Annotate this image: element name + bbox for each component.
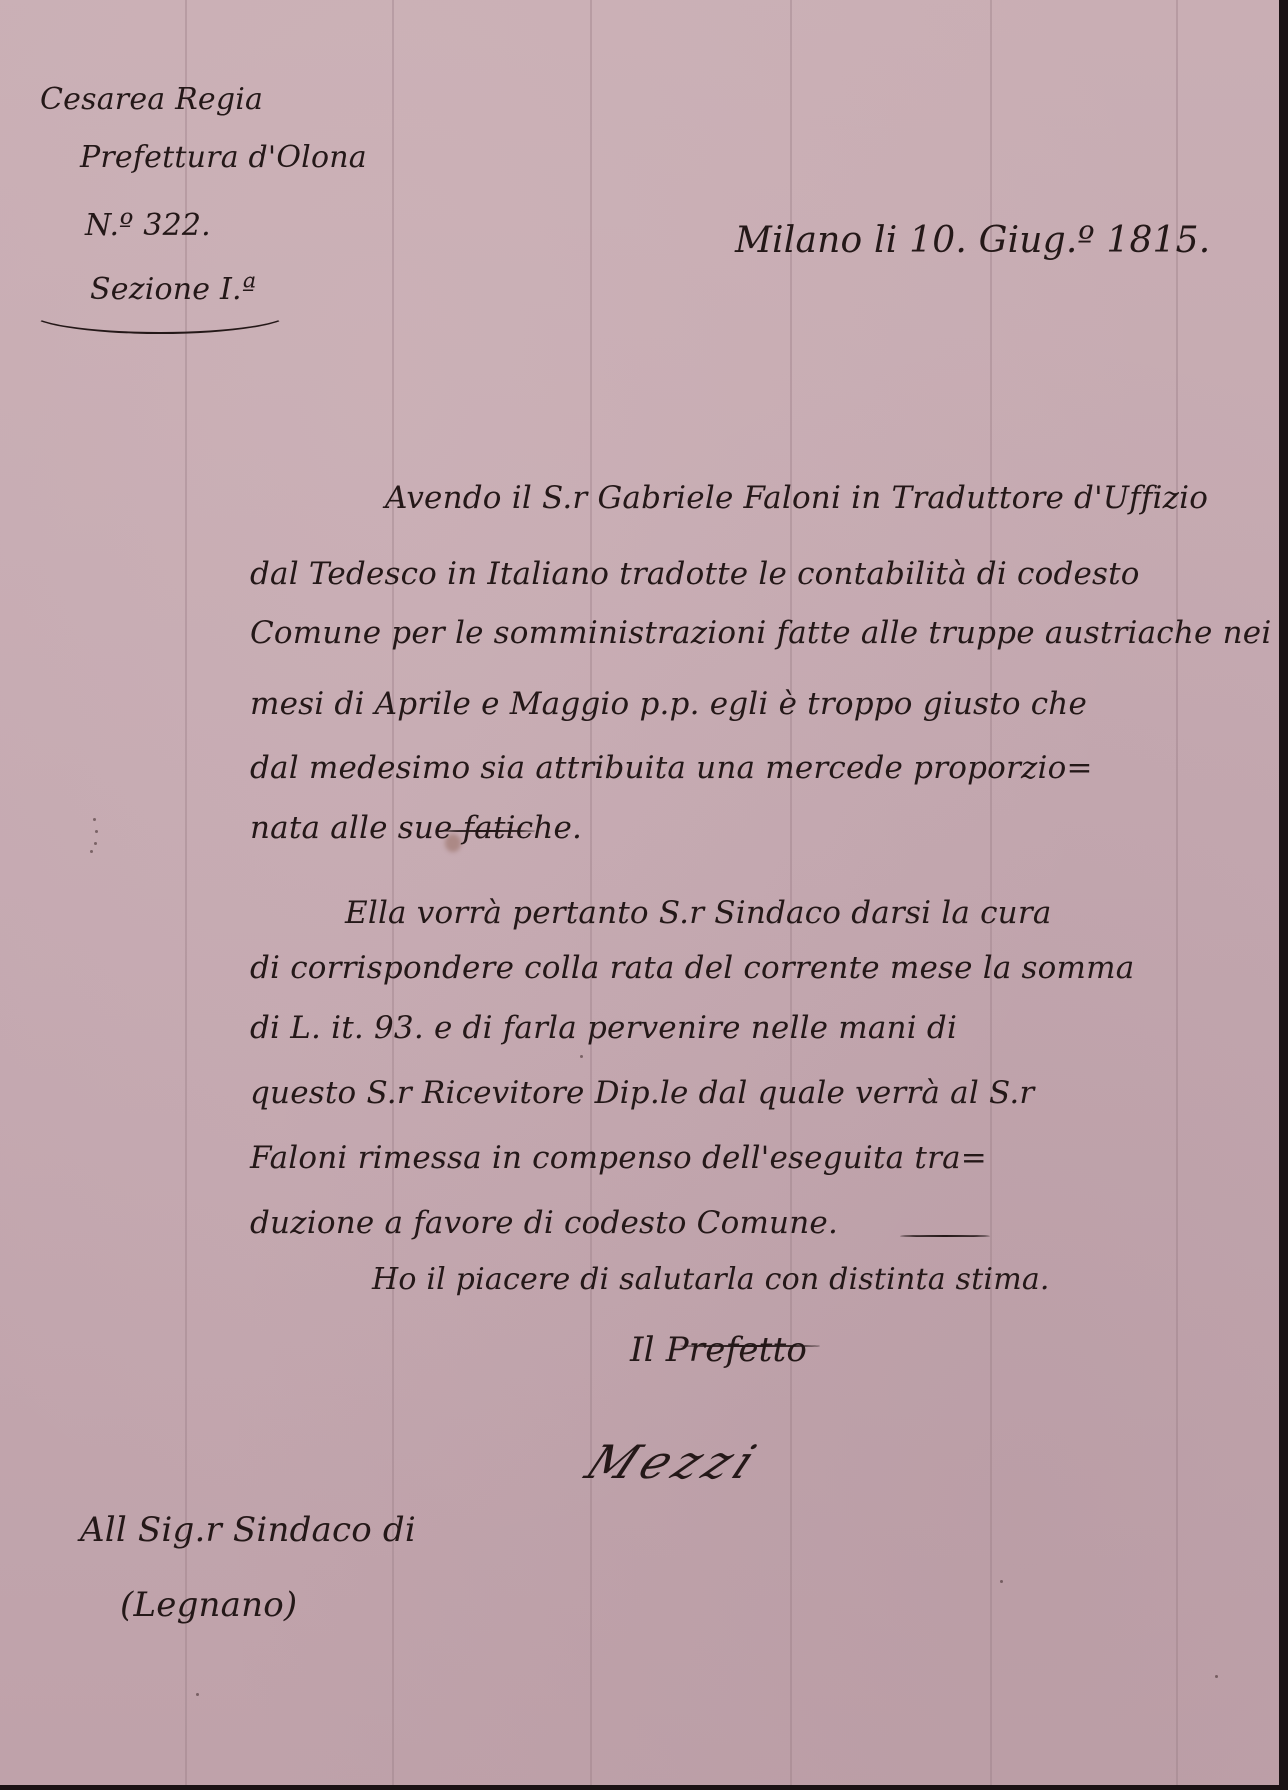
- body-line: dal Tedesco in Italiano tradotte le cont…: [250, 556, 1140, 592]
- paper-chain-line: [590, 0, 592, 1785]
- body-line: Avendo il S.r Gabriele Faloni in Tradutt…: [385, 480, 1208, 516]
- paper-chain-line: [1176, 0, 1178, 1785]
- letter-page: Cesarea Regia Prefettura d'Olona N.º 322…: [0, 0, 1279, 1785]
- paper-speck: [1215, 1675, 1218, 1678]
- paper-speck: [93, 818, 96, 821]
- paper-speck: [95, 830, 98, 833]
- signature: Mezzi: [577, 1435, 770, 1489]
- line-end-flourish: [900, 1235, 990, 1237]
- body-line: questo S.r Ricevitore Dip.le dal quale v…: [250, 1075, 1034, 1111]
- paper-speck: [580, 1055, 583, 1058]
- paper-speck: [196, 1693, 199, 1696]
- body-line: di L. it. 93. e di farla pervenire nelle…: [250, 1010, 957, 1046]
- header-line-number: N.º 322.: [85, 208, 211, 243]
- signatory-title-underline: [680, 1345, 820, 1347]
- paper-speck: [90, 850, 93, 853]
- header-line-office: Cesarea Regia: [40, 82, 263, 117]
- paper-chain-line: [790, 0, 792, 1785]
- body-line: duzione a favore di codesto Comune.: [250, 1205, 838, 1241]
- addressee-line: (Legnano): [120, 1585, 297, 1625]
- paper-chain-line: [990, 0, 992, 1785]
- body-line: Comune per le somministrazioni fatte all…: [250, 615, 1271, 651]
- body-line: Faloni rimessa in compenso dell'eseguita…: [250, 1140, 987, 1176]
- place-date: Milano li 10. Giug.º 1815.: [735, 220, 1210, 261]
- line-end-flourish: [440, 830, 535, 832]
- body-line: nata alle sue fatiche.: [250, 810, 582, 846]
- body-line: Ella vorrà pertanto S.r Sindaco darsi la…: [345, 895, 1052, 931]
- paper-speck: [1000, 1580, 1003, 1583]
- body-line: dal medesimo sia attribuita una mercede …: [250, 750, 1093, 786]
- addressee-line: All Sig.r Sindaco di: [80, 1510, 416, 1550]
- paper-speck: [94, 842, 97, 845]
- header-flourish: [28, 290, 292, 334]
- closing-salutation: Ho il piacere di salutarla con distinta …: [372, 1262, 1050, 1297]
- body-line: di corrispondere colla rata del corrente…: [250, 950, 1134, 986]
- body-line: mesi di Aprile e Maggio p.p. egli è trop…: [250, 686, 1087, 722]
- header-line-prefecture: Prefettura d'Olona: [80, 140, 367, 175]
- signatory-title: Il Prefetto: [630, 1330, 807, 1370]
